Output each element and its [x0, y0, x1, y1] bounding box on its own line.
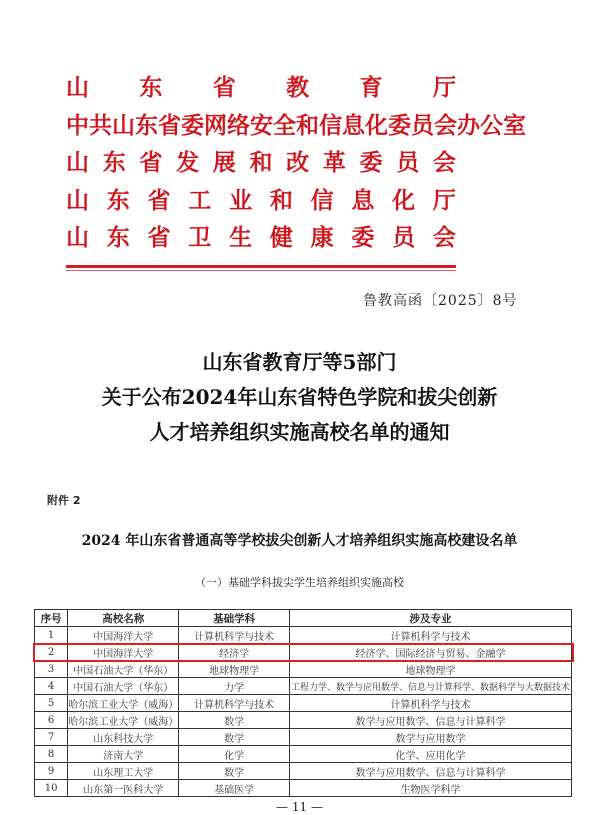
letterhead-red-rule: [66, 265, 456, 268]
cell-university: 济南大学: [68, 746, 179, 763]
notice-title-line-1: 山东省教育厅等5部门: [0, 346, 599, 375]
letterhead-char: 会: [433, 226, 456, 264]
letterhead-line-industry-it: 山东省工业和信息化厅: [66, 189, 456, 227]
letterhead-char: 络: [227, 114, 250, 152]
header-majors: 涉及专业: [290, 610, 572, 627]
letterhead-char: 信: [311, 189, 334, 227]
notice-title-line-3: 人才培养组织实施高校名单的通知: [0, 416, 599, 445]
letterhead-char: 公: [480, 114, 503, 152]
letterhead-char: 共: [89, 114, 112, 152]
cell-university: 中国海洋大学: [68, 627, 179, 644]
letterhead-char: 员: [392, 226, 415, 264]
cell-majors: 数学与应用数学: [290, 729, 572, 746]
table-row: 3中国石油大学（华东）地球物理学地球物理学: [35, 661, 572, 678]
header-discipline: 基础学科: [179, 610, 290, 627]
letterhead-char: 省: [148, 226, 171, 264]
letterhead-char: 革: [323, 151, 346, 189]
table-row: 9山东理工大学数学数学与应用数学、信息与计算科学: [35, 763, 572, 780]
letterhead-line-education-dept: 山东省教育厅: [66, 76, 456, 114]
cell-majors: 工程力学、数学与应用数学、信息与计算科学、数据科学与大数据技术: [290, 678, 572, 695]
letterhead-char: 省: [213, 76, 236, 114]
letterhead-char: 东: [107, 226, 130, 264]
cell-majors: 数学与应用数学、信息与计算科学: [290, 763, 572, 780]
cell-university: 哈尔滨工业大学（威海）: [68, 712, 179, 729]
letterhead-char: 山: [66, 226, 89, 264]
table-header-row: 序号 高校名称 基础学科 涉及专业: [35, 610, 572, 627]
cell-university: 山东理工大学: [68, 763, 179, 780]
cell-discipline: 数学: [179, 712, 290, 729]
cell-discipline: 经济学: [179, 644, 290, 661]
document-number: 鲁教高函〔2025〕8号: [363, 290, 518, 310]
letterhead-char: 山: [66, 151, 89, 189]
letterhead-char: 东: [107, 189, 130, 227]
cell-index: 7: [35, 729, 68, 746]
letterhead-char: 山: [66, 189, 89, 227]
letterhead-char: 工: [188, 189, 211, 227]
cell-index: 10: [35, 780, 68, 797]
letterhead-line-health-commission: 山东省卫生健康委员会: [66, 226, 456, 264]
table-row: 1中国海洋大学计算机科学与技术计算机科学与技术: [35, 627, 572, 644]
cell-discipline: 力学: [179, 678, 290, 695]
letterhead-char: 全: [273, 114, 296, 152]
cell-discipline: 基础医学: [179, 780, 290, 797]
attachment-title: 2024 年山东省普通高等学校拔尖创新人才培养组织实施高校建设名单: [0, 530, 599, 550]
letterhead-char: 委: [360, 151, 383, 189]
cell-index: 1: [35, 627, 68, 644]
letterhead-char: 室: [503, 114, 526, 152]
cell-university: 中国海洋大学: [68, 644, 179, 661]
letterhead-line-development-reform: 山东省发展和改革委员会: [66, 151, 456, 189]
letterhead-char: 员: [396, 151, 419, 189]
cell-majors: 生物医学科学: [290, 780, 572, 797]
cell-discipline: 数学: [179, 763, 290, 780]
letterhead-char: 委: [181, 114, 204, 152]
cell-majors: 化学、应用化学: [290, 746, 572, 763]
cell-majors: 计算机科学与技术: [290, 695, 572, 712]
letterhead-line-cyberspace-office: 中共山东省委网络安全和信息化委员会办公室: [66, 114, 456, 152]
cell-discipline: 数学: [179, 729, 290, 746]
letterhead-char: 展: [213, 151, 236, 189]
letterhead-char: 会: [434, 114, 457, 152]
cell-university: 山东科技大学: [68, 729, 179, 746]
letterhead-char: 安: [250, 114, 273, 152]
letterhead-char: 信: [319, 114, 342, 152]
section-title: （一）基础学科拔尖学生培养组织实施高校: [0, 574, 599, 590]
letterhead-char: 厅: [433, 189, 456, 227]
cell-index: 2: [35, 644, 68, 661]
cell-discipline: 化学: [179, 746, 290, 763]
letterhead-char: 健: [270, 226, 293, 264]
cell-discipline: 地球物理学: [179, 661, 290, 678]
letterhead-char: 省: [148, 189, 171, 227]
letterhead-char: 业: [229, 189, 252, 227]
header-university: 高校名称: [68, 610, 179, 627]
cell-discipline: 计算机科学与技术: [179, 695, 290, 712]
page-number: — 11 —: [0, 800, 599, 814]
letterhead-char: 和: [249, 151, 272, 189]
letterhead-char: 康: [311, 226, 334, 264]
letterhead-char: 办: [457, 114, 480, 152]
notice-title-line-2: 关于公布2024年山东省特色学院和拔尖创新: [0, 381, 599, 410]
letterhead-char: 委: [351, 226, 374, 264]
letterhead-char: 化: [365, 114, 388, 152]
cell-majors: 经济学、国际经济与贸易、金融学: [290, 644, 572, 661]
cell-university: 山东第一医科大学: [68, 780, 179, 797]
letterhead-red-rule-thin: [66, 270, 456, 271]
letterhead-char: 教: [286, 76, 309, 114]
cell-index: 4: [35, 678, 68, 695]
letterhead-char: 育: [360, 76, 383, 114]
letterhead-char: 厅: [433, 76, 456, 114]
letterhead-char: 改: [286, 151, 309, 189]
table-row: 5哈尔滨工业大学（威海）计算机科学与技术计算机科学与技术: [35, 695, 572, 712]
table-row: 10山东第一医科大学基础医学生物医学科学: [35, 780, 572, 797]
letterhead-char: 山: [66, 76, 89, 114]
letterhead-char: 省: [139, 151, 162, 189]
cell-index: 9: [35, 763, 68, 780]
letterhead-char: 和: [270, 189, 293, 227]
university-list-table: 序号 高校名称 基础学科 涉及专业 1中国海洋大学计算机科学与技术计算机科学与技…: [34, 609, 572, 797]
letterhead-char: 会: [433, 151, 456, 189]
letterhead-char: 发: [176, 151, 199, 189]
letterhead-char: 卫: [188, 226, 211, 264]
letterhead-char: 东: [103, 151, 126, 189]
letterhead-char: 生: [229, 226, 252, 264]
table-row: 6哈尔滨工业大学（威海）数学数学与应用数学、信息与计算科学: [35, 712, 572, 729]
letterhead-char: 息: [351, 189, 374, 227]
table-row: 7山东科技大学数学数学与应用数学: [35, 729, 572, 746]
letterhead-char: 息: [342, 114, 365, 152]
cell-university: 中国石油大学（华东）: [68, 678, 179, 695]
letterhead-char: 省: [158, 114, 181, 152]
letterhead-char: 中: [66, 114, 89, 152]
letterhead-char: 和: [296, 114, 319, 152]
table-row: 2中国海洋大学经济学经济学、国际经济与贸易、金融学: [35, 644, 572, 661]
letterhead-char: 委: [388, 114, 411, 152]
cell-majors: 数学与应用数学、信息与计算科学: [290, 712, 572, 729]
attachment-label: 附件 2: [47, 492, 80, 508]
header-index: 序号: [35, 610, 68, 627]
letterhead: 山东省教育厅 中共山东省委网络安全和信息化委员会办公室 山东省发展和改革委员会 …: [66, 76, 456, 264]
cell-majors: 地球物理学: [290, 661, 572, 678]
table-row: 4中国石油大学（华东）力学工程力学、数学与应用数学、信息与计算科学、数据科学与大…: [35, 678, 572, 695]
cell-university: 哈尔滨工业大学（威海）: [68, 695, 179, 712]
letterhead-char: 化: [392, 189, 415, 227]
letterhead-char: 东: [135, 114, 158, 152]
cell-majors: 计算机科学与技术: [290, 627, 572, 644]
cell-index: 8: [35, 746, 68, 763]
cell-index: 6: [35, 712, 68, 729]
letterhead-char: 东: [139, 76, 162, 114]
cell-discipline: 计算机科学与技术: [179, 627, 290, 644]
cell-index: 5: [35, 695, 68, 712]
cell-university: 中国石油大学（华东）: [68, 661, 179, 678]
letterhead-char: 山: [112, 114, 135, 152]
letterhead-char: 网: [204, 114, 227, 152]
letterhead-char: 员: [411, 114, 434, 152]
cell-index: 3: [35, 661, 68, 678]
table-row: 8济南大学化学化学、应用化学: [35, 746, 572, 763]
